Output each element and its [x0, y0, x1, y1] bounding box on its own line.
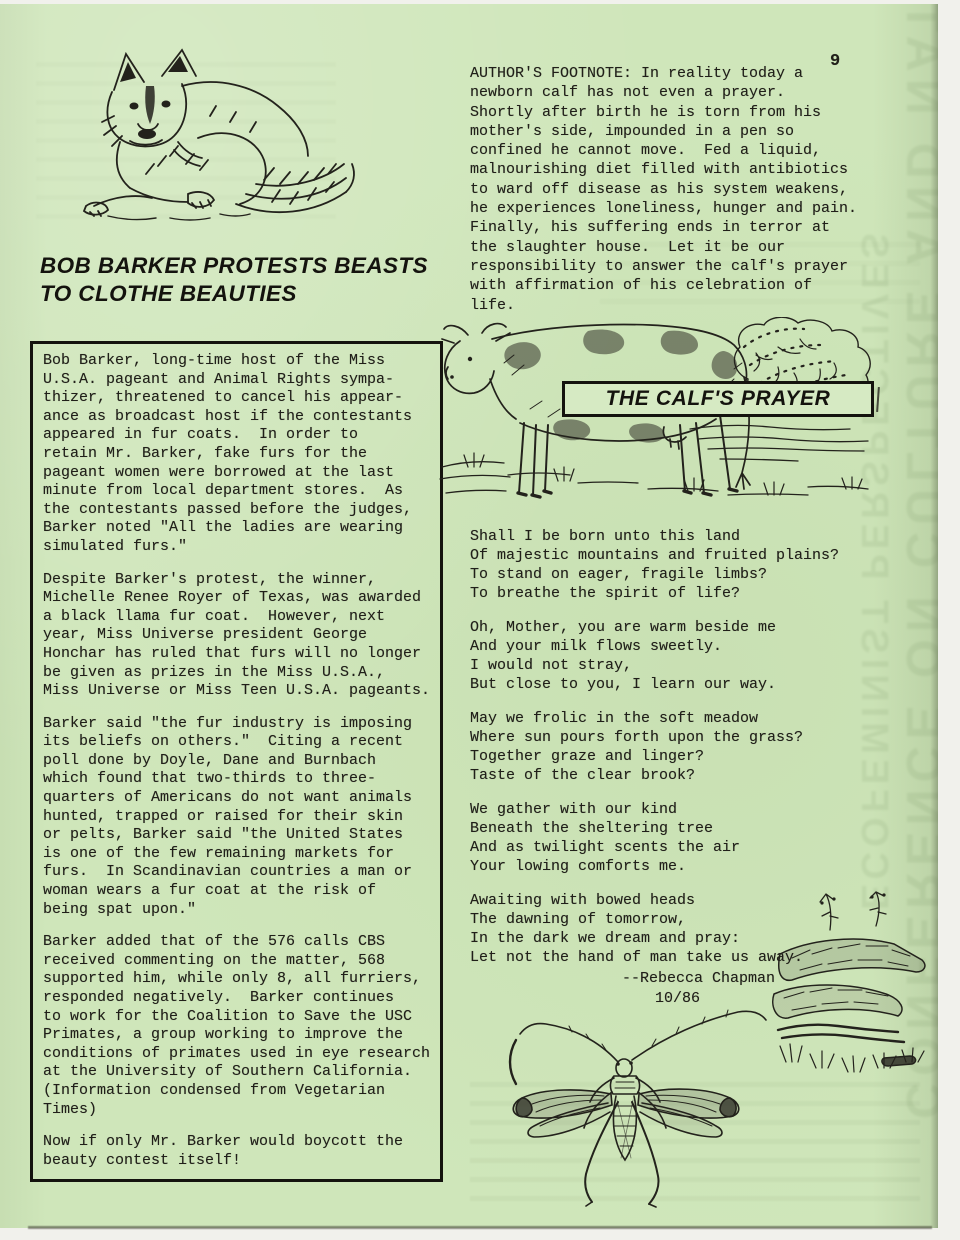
text-line: responsibility to answer the calf's pray…: [470, 257, 857, 276]
text-line: malnourishing diet filled with antibioti…: [470, 160, 857, 179]
text-line: Awaiting with bowed heads: [470, 891, 839, 910]
text-line: U.S.A. pageant and Animal Rights sympa-: [43, 371, 434, 390]
text-line: with affirmation of his celebration of: [470, 276, 857, 295]
calfs-prayer-banner: THE CALF'S PRAYER: [562, 381, 874, 417]
text-line: appeared in fur coats. In order to: [43, 426, 434, 445]
text-line: May we frolic in the soft meadow: [470, 709, 839, 728]
insect-illustration: [486, 1004, 786, 1214]
text-line: Shortly after birth he is torn from his: [470, 103, 857, 122]
text-line: I would not stray,: [470, 656, 839, 675]
text-line: thizer, threatened to cancel his appear-: [43, 389, 434, 408]
text-line: Beneath the sheltering tree: [470, 819, 839, 838]
text-line: is one of the few remaining markets for: [43, 845, 434, 864]
text-line: minute from local department stores. As: [43, 482, 434, 501]
text-line: newborn calf has not even a prayer.: [470, 83, 857, 102]
text-line: Your lowing comforts me.: [470, 857, 839, 876]
page-bottom-edge: [28, 1226, 932, 1229]
calfs-prayer-poem: Shall I be born unto this landOf majesti…: [470, 527, 839, 967]
text-block: May we frolic in the soft meadowWhere su…: [470, 709, 839, 785]
text-line: (Information condensed from Vegetarian: [43, 1082, 434, 1101]
newsletter-page: CONFERENCE ON CULTURE AND NATURE ECOFEMI…: [0, 4, 938, 1228]
text-line: life.: [470, 296, 857, 315]
text-line: responded negatively. Barker continues: [43, 989, 434, 1008]
text-line: And your milk flows sweetly.: [470, 637, 839, 656]
text-line: received commenting on the matter, 568: [43, 952, 434, 971]
text-line: ance as broadcast host if the contestant…: [43, 408, 434, 427]
text-block: Despite Barker's protest, the winner,Mic…: [43, 571, 434, 701]
text-line: Michelle Renee Royer of Texas, was award…: [43, 589, 434, 608]
text-line: quarters of Americans do not want animal…: [43, 789, 434, 808]
text-block: We gather with our kindBeneath the shelt…: [470, 800, 839, 876]
text-line: its beliefs on others." Citing a recent: [43, 733, 434, 752]
text-line: be given as prizes in the Miss U.S.A.,: [43, 664, 434, 683]
text-line: he experiences loneliness, hunger and pa…: [470, 199, 857, 218]
text-block: Awaiting with bowed headsThe dawning of …: [470, 891, 839, 967]
text-line: And as twilight scents the air: [470, 838, 839, 857]
text-line: or pelts, Barker said "the United States: [43, 826, 434, 845]
text-line: Despite Barker's protest, the winner,: [43, 571, 434, 590]
text-line: the contestants passed before the judges…: [43, 501, 434, 520]
text-line: Barker added that of the 576 calls CBS: [43, 933, 434, 952]
headline-line: BOB BARKER PROTESTS BEASTS: [40, 252, 428, 280]
text-line: Oh, Mother, you are warm beside me: [470, 618, 839, 637]
text-line: Finally, his suffering ends in terror at: [470, 218, 857, 237]
text-line: year, Miss Universe president George: [43, 626, 434, 645]
text-line: conditions of primates used in eye resea…: [43, 1045, 434, 1064]
article-headline: BOB BARKER PROTESTS BEASTS TO CLOTHE BEA…: [40, 252, 428, 308]
text-line: Barker said "the fur industry is imposin…: [43, 715, 434, 734]
text-block: Shall I be born unto this landOf majesti…: [470, 527, 839, 603]
banner-title: THE CALF'S PRAYER: [606, 387, 831, 411]
text-line: Honchar has ruled that furs will no long…: [43, 645, 434, 664]
text-line: The dawning of tomorrow,: [470, 910, 839, 929]
text-line: supported him, while only 8, all furrier…: [43, 970, 434, 989]
text-line: Together graze and linger?: [470, 747, 839, 766]
text-line: mother's side, impounded in a pen so: [470, 122, 857, 141]
text-line: To breathe the spirit of life?: [470, 584, 839, 603]
text-line: Of majestic mountains and fruited plains…: [470, 546, 839, 565]
text-line: AUTHOR'S FOOTNOTE: In reality today a: [470, 64, 857, 83]
text-line: Taste of the clear brook?: [470, 766, 839, 785]
authors-footnote: AUTHOR'S FOOTNOTE: In reality today anew…: [470, 64, 857, 315]
text-line: beauty contest itself!: [43, 1152, 434, 1171]
text-line: Bob Barker, long-time host of the Miss: [43, 352, 434, 371]
text-line: woman wears a fur coat at the risk of: [43, 882, 434, 901]
text-line: being spat upon.": [43, 901, 434, 920]
text-line: In the dark we dream and pray:: [470, 929, 839, 948]
text-line: a black llama fur coat. However, next: [43, 608, 434, 627]
text-line: Miss Universe or Miss Teen U.S.A. pagean…: [43, 682, 434, 701]
text-line: which found that two-thirds to three-: [43, 770, 434, 789]
text-line: at the University of Southern California…: [43, 1063, 434, 1082]
text-line: Primates, a group working to improve the: [43, 1026, 434, 1045]
poem-attribution: --Rebecca Chapman: [622, 970, 775, 987]
text-line: Where sun pours forth upon the grass?: [470, 728, 839, 747]
text-line: Shall I be born unto this land: [470, 527, 839, 546]
text-line: poll done by Doyle, Dane and Burnbach: [43, 752, 434, 771]
text-line: to ward off disease as his system weaken…: [470, 180, 857, 199]
text-line: Let not the hand of man take us away.: [470, 948, 839, 967]
text-line: To stand on eager, fragile limbs?: [470, 565, 839, 584]
text-line: confined he cannot move. Fed a liquid,: [470, 141, 857, 160]
text-line: Times): [43, 1101, 434, 1120]
text-line: to work for the Coalition to Save the US…: [43, 1008, 434, 1027]
text-line: simulated furs.": [43, 538, 434, 557]
headline-line: TO CLOTHE BEAUTIES: [40, 280, 428, 308]
text-block: Bob Barker, long-time host of the MissU.…: [43, 352, 434, 557]
text-line: the slaughter house. Let it be our: [470, 238, 857, 257]
text-line: But close to you, I learn our way.: [470, 675, 839, 694]
text-line: retain Mr. Barker, fake furs for the: [43, 445, 434, 464]
text-line: We gather with our kind: [470, 800, 839, 819]
text-line: Now if only Mr. Barker would boycott the: [43, 1133, 434, 1152]
text-block: Now if only Mr. Barker would boycott the…: [43, 1133, 434, 1170]
text-line: pageant women were borrowed at the last: [43, 464, 434, 483]
text-line: hunted, trapped or raised for their skin: [43, 808, 434, 827]
article-box: Bob Barker, long-time host of the MissU.…: [30, 341, 443, 1182]
cow-pasture-illustration: [438, 317, 885, 517]
fox-illustration: [50, 46, 368, 241]
text-block: Barker said "the fur industry is imposin…: [43, 715, 434, 920]
text-block: Oh, Mother, you are warm beside meAnd yo…: [470, 618, 839, 694]
text-line: Barker noted "All the ladies are wearing: [43, 519, 434, 538]
text-line: furs. In Scandinavian countries a man or: [43, 863, 434, 882]
text-block: Barker added that of the 576 calls CBSre…: [43, 933, 434, 1119]
